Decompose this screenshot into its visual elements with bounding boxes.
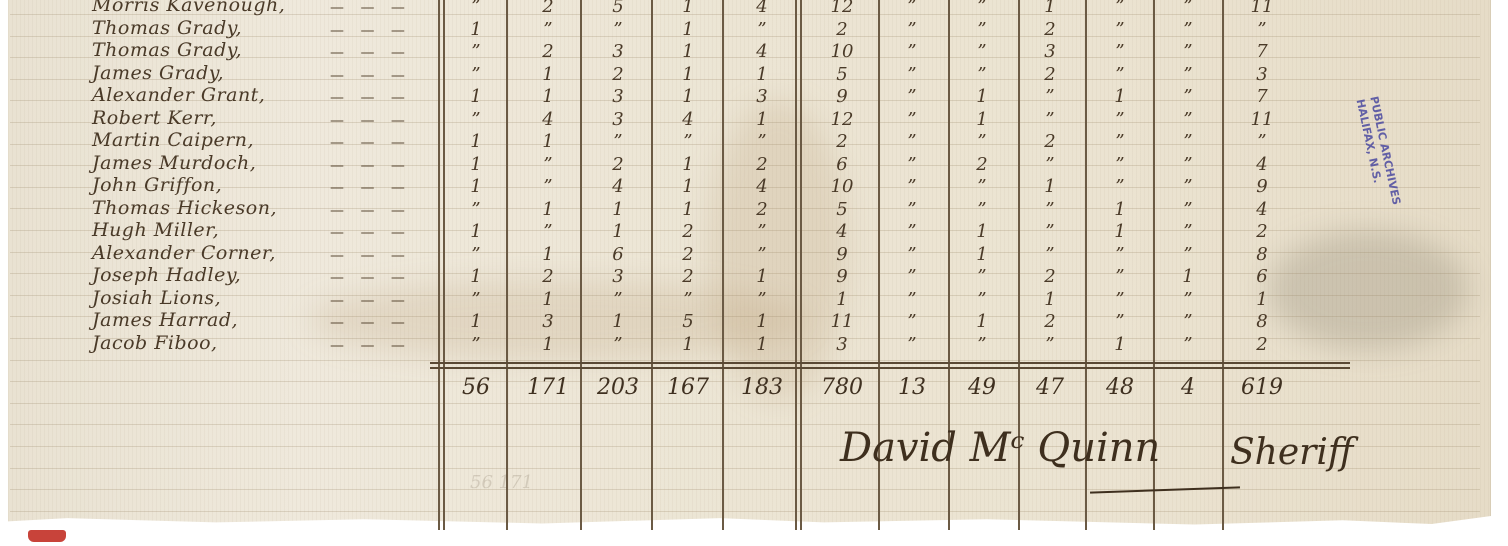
leader-dashes: — — — <box>330 113 411 129</box>
tally-cell: 9 <box>817 86 867 107</box>
tally-cell: 1 <box>957 109 1007 130</box>
tally-cell: ” <box>887 154 937 175</box>
tally-cell: ” <box>1095 176 1145 197</box>
tally-cell: ” <box>1025 86 1075 107</box>
tally-cell: ” <box>1163 64 1213 85</box>
tally-cell: ” <box>593 131 643 152</box>
tally-cell: 1 <box>957 221 1007 242</box>
tally-cell: ” <box>593 289 643 310</box>
tally-cell: ” <box>1163 41 1213 62</box>
row-name: Alexander Grant, <box>92 84 265 106</box>
tally-cell: 1 <box>451 221 501 242</box>
tally-cell: 2 <box>663 266 713 287</box>
tally-cell: 10 <box>817 41 867 62</box>
tally-cell: ” <box>1095 154 1145 175</box>
tally-cell: 4 <box>593 176 643 197</box>
faint-marginal-note: 56 171 <box>470 472 533 493</box>
tally-cell: 5 <box>663 311 713 332</box>
tally-cell: ” <box>737 19 787 40</box>
tally-cell: ” <box>1237 19 1287 40</box>
tally-cell: ” <box>1095 311 1145 332</box>
column-divider <box>722 0 724 530</box>
tally-cell: 12 <box>817 109 867 130</box>
tally-cell: ” <box>1163 199 1213 220</box>
tally-cell: 1 <box>451 154 501 175</box>
tally-cell: ” <box>593 19 643 40</box>
tally-cell: 1 <box>523 64 573 85</box>
tally-cell: ” <box>887 41 937 62</box>
row-name: Jacob Fiboo, <box>92 332 218 354</box>
leader-dashes: — — — <box>330 158 411 174</box>
tally-cell: ” <box>887 289 937 310</box>
column-divider <box>506 0 508 530</box>
column-divider <box>800 0 802 530</box>
tally-cell: ” <box>1025 244 1075 265</box>
column-divider <box>580 0 582 530</box>
tally-cell: 2 <box>817 19 867 40</box>
leader-dashes: — — — <box>330 270 411 286</box>
ruled-line <box>10 403 1480 404</box>
tally-cell: ” <box>1163 176 1213 197</box>
tally-cell: ” <box>451 334 501 355</box>
tally-cell: ” <box>887 221 937 242</box>
tally-cell: ” <box>1237 131 1287 152</box>
tally-cell: ” <box>957 199 1007 220</box>
tally-cell: ” <box>887 199 937 220</box>
tally-cell: 5 <box>593 0 643 17</box>
tally-cell: 3 <box>1025 41 1075 62</box>
tally-cell: 2 <box>737 154 787 175</box>
tally-cell: 2 <box>523 0 573 17</box>
wax-seal-fragment <box>28 530 66 542</box>
row-name: James Grady, <box>92 62 224 84</box>
tally-cell: 8 <box>1237 244 1287 265</box>
tally-cell: 2 <box>1025 266 1075 287</box>
tally-cell: 6 <box>1237 266 1287 287</box>
tally-cell: ” <box>1163 311 1213 332</box>
total-rule <box>430 362 1350 364</box>
tally-cell: ” <box>1163 244 1213 265</box>
row-name: James Murdoch, <box>92 152 256 174</box>
tally-cell: ” <box>737 289 787 310</box>
leader-dashes: — — — <box>330 338 411 354</box>
tally-cell: ” <box>1025 199 1075 220</box>
tally-cell: ” <box>887 64 937 85</box>
tally-cell: ” <box>957 0 1007 17</box>
tally-cell: 1 <box>817 289 867 310</box>
column-total: 56 <box>444 375 508 400</box>
tally-cell: 2 <box>737 199 787 220</box>
column-total: 203 <box>586 375 650 400</box>
tally-cell: 1 <box>1095 221 1145 242</box>
tally-cell: 1 <box>451 266 501 287</box>
tally-cell: 1 <box>663 199 713 220</box>
tally-cell: 2 <box>1237 221 1287 242</box>
column-total: 780 <box>810 375 874 400</box>
tally-cell: ” <box>451 41 501 62</box>
tally-cell: ” <box>1163 0 1213 17</box>
tally-cell: 11 <box>1237 0 1287 17</box>
tally-cell: 3 <box>593 41 643 62</box>
tally-cell: 7 <box>1237 41 1287 62</box>
tally-cell: 1 <box>957 311 1007 332</box>
tally-cell: 1 <box>451 311 501 332</box>
leader-dashes: — — — <box>330 68 411 84</box>
tally-cell: ” <box>1095 0 1145 17</box>
tally-cell: 2 <box>957 154 1007 175</box>
tally-cell: 1 <box>663 334 713 355</box>
tally-cell: 11 <box>1237 109 1287 130</box>
tally-cell: ” <box>957 334 1007 355</box>
tally-cell: 4 <box>737 41 787 62</box>
tally-cell: 1 <box>663 86 713 107</box>
tally-cell: 1 <box>1025 176 1075 197</box>
tally-cell: ” <box>887 19 937 40</box>
row-name: Thomas Grady, <box>92 39 242 61</box>
tally-cell: 1 <box>523 334 573 355</box>
tally-cell: 1 <box>451 176 501 197</box>
column-total: 47 <box>1018 375 1082 400</box>
column-total: 49 <box>950 375 1014 400</box>
tally-cell: ” <box>1163 154 1213 175</box>
tally-cell: 2 <box>1025 131 1075 152</box>
tally-cell: 3 <box>593 86 643 107</box>
tally-cell: 1 <box>737 109 787 130</box>
leader-dashes: — — — <box>330 45 411 61</box>
column-divider <box>438 0 440 530</box>
column-total: 4 <box>1156 375 1220 400</box>
column-total: 13 <box>880 375 944 400</box>
tally-cell: ” <box>887 0 937 17</box>
tally-cell: 1 <box>1095 199 1145 220</box>
tally-cell: ” <box>1095 41 1145 62</box>
tally-cell: 4 <box>737 176 787 197</box>
tally-cell: 1 <box>737 266 787 287</box>
tally-cell: ” <box>1095 64 1145 85</box>
tally-cell: 2 <box>523 41 573 62</box>
column-total: 171 <box>516 375 580 400</box>
tally-cell: ” <box>1025 221 1075 242</box>
tally-cell: ” <box>1095 131 1145 152</box>
leader-dashes: — — — <box>330 90 411 106</box>
tally-cell: 1 <box>663 19 713 40</box>
tally-cell: ” <box>887 176 937 197</box>
row-name: Thomas Hickeson, <box>92 197 277 219</box>
tally-cell: ” <box>957 131 1007 152</box>
tally-cell: ” <box>957 266 1007 287</box>
tally-cell: 3 <box>817 334 867 355</box>
row-name: Joseph Hadley, <box>92 264 241 286</box>
row-name: Robert Kerr, <box>92 107 217 129</box>
tally-cell: 3 <box>523 311 573 332</box>
tally-cell: ” <box>1095 266 1145 287</box>
tally-cell: 9 <box>817 244 867 265</box>
tally-cell: ” <box>1163 131 1213 152</box>
tally-cell: 6 <box>817 154 867 175</box>
tally-cell: 4 <box>1237 199 1287 220</box>
row-name: Hugh Miller, <box>92 219 219 241</box>
tally-cell: 1 <box>593 199 643 220</box>
tally-cell: ” <box>737 244 787 265</box>
tally-cell: ” <box>1163 109 1213 130</box>
tally-cell: ” <box>737 221 787 242</box>
ruled-line <box>10 424 1480 425</box>
tally-cell: 1 <box>523 289 573 310</box>
tally-cell: ” <box>957 19 1007 40</box>
tally-cell: ” <box>451 64 501 85</box>
tally-cell: ” <box>1163 289 1213 310</box>
tally-cell: ” <box>887 131 937 152</box>
tally-cell: 4 <box>663 109 713 130</box>
tally-cell: ” <box>593 334 643 355</box>
column-total: 167 <box>656 375 720 400</box>
tally-cell: 2 <box>817 131 867 152</box>
tally-cell: ” <box>737 131 787 152</box>
tally-cell: 2 <box>523 266 573 287</box>
tally-cell: 1 <box>957 244 1007 265</box>
tally-cell: 6 <box>593 244 643 265</box>
tally-cell: 3 <box>593 266 643 287</box>
tally-cell: ” <box>1025 154 1075 175</box>
tally-cell: 2 <box>1025 64 1075 85</box>
tally-cell: ” <box>887 311 937 332</box>
tally-cell: 1 <box>451 86 501 107</box>
tally-cell: 1 <box>1163 266 1213 287</box>
tally-cell: 5 <box>817 64 867 85</box>
tally-cell: 1 <box>1095 86 1145 107</box>
tally-cell: ” <box>1095 244 1145 265</box>
tally-cell: 7 <box>1237 86 1287 107</box>
tally-cell: 1 <box>663 176 713 197</box>
tally-cell: ” <box>523 19 573 40</box>
leader-dashes: — — — <box>330 23 411 39</box>
tally-cell: ” <box>1095 289 1145 310</box>
tally-cell: ” <box>1025 334 1075 355</box>
tally-cell: 1 <box>1095 334 1145 355</box>
tally-cell: 1 <box>593 311 643 332</box>
tally-cell: ” <box>887 266 937 287</box>
tally-cell: 1 <box>663 0 713 17</box>
column-divider <box>795 0 797 530</box>
tally-cell: 2 <box>1237 334 1287 355</box>
tally-cell: 1 <box>523 199 573 220</box>
tally-cell: 1 <box>451 131 501 152</box>
tally-cell: 2 <box>593 154 643 175</box>
tally-cell: ” <box>887 86 937 107</box>
tally-cell: ” <box>1095 19 1145 40</box>
tally-cell: 2 <box>663 244 713 265</box>
tally-cell: 3 <box>737 86 787 107</box>
tally-cell: 9 <box>1237 176 1287 197</box>
tally-cell: ” <box>1163 86 1213 107</box>
row-name: Martin Caipern, <box>92 129 254 151</box>
tally-cell: 2 <box>1025 311 1075 332</box>
tally-cell: 12 <box>817 0 867 17</box>
tally-cell: 5 <box>817 199 867 220</box>
tally-cell: 3 <box>1237 64 1287 85</box>
tally-cell: 8 <box>1237 311 1287 332</box>
tally-cell: ” <box>523 221 573 242</box>
column-total: 183 <box>730 375 794 400</box>
tally-cell: ” <box>1163 221 1213 242</box>
leader-dashes: — — — <box>330 203 411 219</box>
row-name: Alexander Corner, <box>92 242 276 264</box>
leader-dashes: — — — <box>330 180 411 196</box>
tally-cell: 1 <box>451 19 501 40</box>
tally-cell: 4 <box>737 0 787 17</box>
signature-title: Sheriff <box>1230 432 1353 473</box>
tally-cell: 1 <box>593 221 643 242</box>
tally-cell: 11 <box>817 311 867 332</box>
tally-cell: ” <box>957 289 1007 310</box>
tally-cell: 4 <box>523 109 573 130</box>
tally-cell: ” <box>663 289 713 310</box>
tally-cell: ” <box>451 199 501 220</box>
tally-cell: 1 <box>663 64 713 85</box>
tally-cell: ” <box>1025 109 1075 130</box>
leader-dashes: — — — <box>330 135 411 151</box>
row-name: Josiah Lions, <box>92 287 221 309</box>
leader-dashes: — — — <box>330 248 411 264</box>
tally-cell: 2 <box>593 64 643 85</box>
tally-cell: ” <box>1163 19 1213 40</box>
signature: David Mᶜ Quinn <box>840 425 1160 471</box>
row-name: Thomas Grady, <box>92 17 242 39</box>
tally-cell: ” <box>451 0 501 17</box>
tally-cell: 3 <box>593 109 643 130</box>
tally-cell: ” <box>1095 109 1145 130</box>
tally-cell: 1 <box>523 131 573 152</box>
tally-cell: ” <box>663 131 713 152</box>
tally-cell: ” <box>523 154 573 175</box>
column-total: 48 <box>1088 375 1152 400</box>
column-total: 619 <box>1230 375 1294 400</box>
leader-dashes: — — — <box>330 293 411 309</box>
tally-cell: ” <box>887 109 937 130</box>
tally-cell: ” <box>451 109 501 130</box>
tally-cell: ” <box>451 244 501 265</box>
row-name: James Harrad, <box>92 309 238 331</box>
tally-cell: 2 <box>1025 19 1075 40</box>
leader-dashes: — — — <box>330 315 411 331</box>
tally-cell: ” <box>887 334 937 355</box>
tally-cell: 1 <box>523 86 573 107</box>
ruled-line <box>10 489 1480 490</box>
tally-cell: ” <box>523 176 573 197</box>
tally-cell: ” <box>887 244 937 265</box>
row-name: Morris Kavenough, <box>92 0 285 16</box>
tally-cell: 1 <box>523 244 573 265</box>
row-name: John Griffon, <box>92 174 222 196</box>
water-stain <box>1268 230 1468 350</box>
column-divider <box>1222 0 1224 530</box>
tally-cell: 1 <box>1237 289 1287 310</box>
ruled-line <box>10 360 1480 361</box>
tally-cell: 4 <box>1237 154 1287 175</box>
tally-cell: ” <box>957 41 1007 62</box>
tally-cell: 2 <box>663 221 713 242</box>
tally-cell: 4 <box>817 221 867 242</box>
tally-cell: 1 <box>1025 289 1075 310</box>
tally-cell: 1 <box>737 311 787 332</box>
tally-cell: ” <box>1163 334 1213 355</box>
ruled-line <box>10 511 1480 512</box>
tally-cell: 10 <box>817 176 867 197</box>
tally-cell: 1 <box>663 41 713 62</box>
tally-cell: 1 <box>737 64 787 85</box>
column-divider <box>651 0 653 530</box>
total-rule <box>430 367 1350 369</box>
tally-cell: 1 <box>663 154 713 175</box>
tally-cell: ” <box>957 176 1007 197</box>
tally-cell: ” <box>451 289 501 310</box>
column-divider <box>443 0 445 530</box>
tally-cell: 1 <box>737 334 787 355</box>
leader-dashes: — — — <box>330 0 411 16</box>
tally-cell: ” <box>957 64 1007 85</box>
tally-cell: 1 <box>957 86 1007 107</box>
leader-dashes: — — — <box>330 225 411 241</box>
tally-cell: 9 <box>817 266 867 287</box>
tally-cell: 1 <box>1025 0 1075 17</box>
